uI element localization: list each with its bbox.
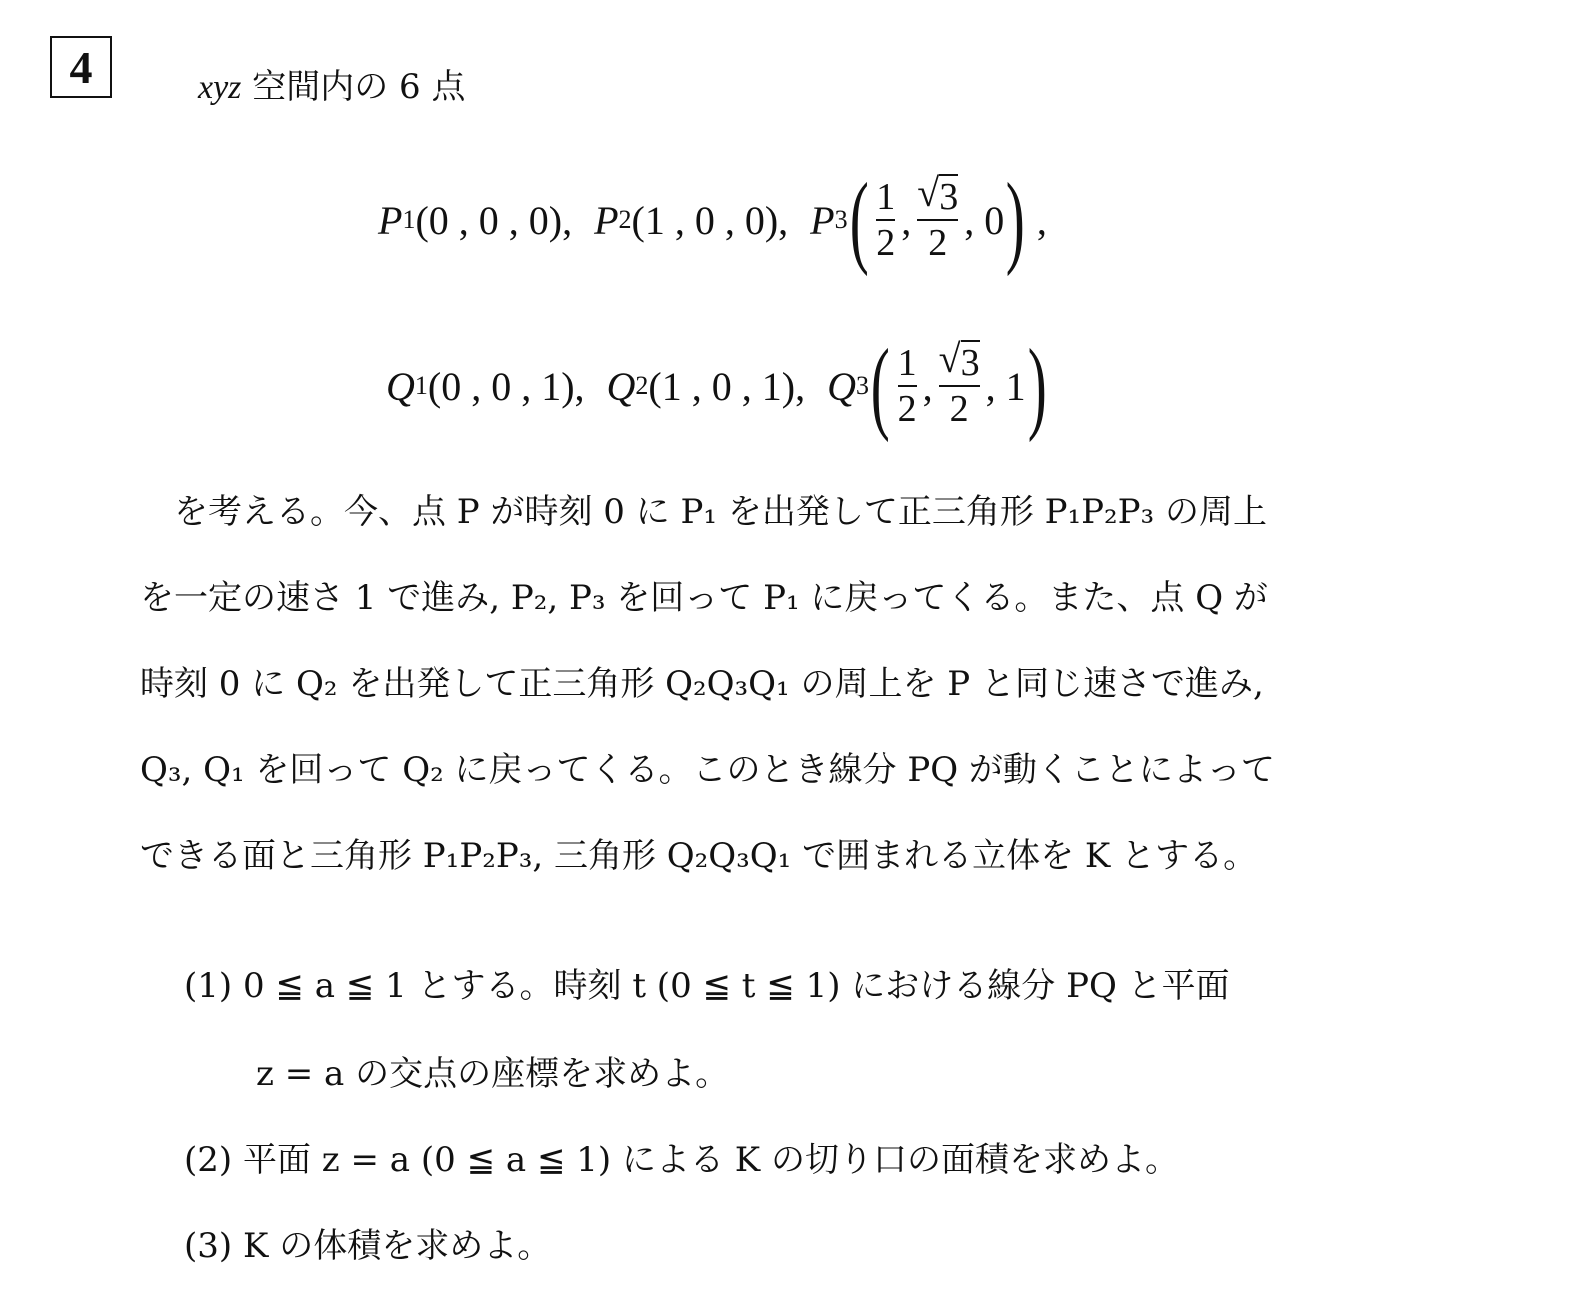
point-p2: P2(1 , 0 , 0),: [594, 197, 788, 244]
paragraph-line-3: 時刻 0 に Q₂ を出発して正三角形 Q₂Q₃Q₁ の周上を P と同じ速さで…: [140, 656, 1450, 705]
problem-number-box: 4: [50, 36, 112, 98]
question-2-label: (2): [184, 1140, 232, 1180]
paragraph-line-1: を考える。今、点 P が時刻 0 に P₁ を出発して正三角形 P₁P₂P₃ の…: [140, 484, 1450, 533]
question-2-text: 平面 z = a (0 ≦ a ≦ 1) による K の切り口の面積を求めよ。: [243, 1140, 1179, 1180]
point-q3: Q3 ( 12, 32, 1 ): [827, 334, 1048, 438]
intro-line: xyz 空間内の 6 点: [198, 62, 465, 113]
point-p1: P1(0 , 0 , 0),: [378, 197, 572, 244]
paragraph-line-5: できる面と三角形 P₁P₂P₃, 三角形 Q₂Q₃Q₁ で囲まれる立体を K と…: [140, 828, 1450, 877]
paragraph-line-4: Q₃, Q₁ を回って Q₂ に戻ってくる。このとき線分 PQ が動くことによっ…: [140, 742, 1450, 791]
fraction-root3-half: 32: [917, 175, 958, 265]
point-q1: Q1(0 , 0 , 1),: [386, 363, 585, 410]
point-p3: P3 ( 12, 32, 0 ) ,: [810, 168, 1047, 272]
question-1-line-2: z = a の交点の座標を求めよ。: [256, 1046, 729, 1095]
intro-text: 空間内の 6 点: [241, 67, 465, 107]
question-3: (3) K の体積を求めよ。: [184, 1218, 551, 1267]
question-1-line-1: 0 ≦ a ≦ 1 とする。時刻 t (0 ≦ t ≦ 1) における線分 PQ…: [243, 966, 1230, 1006]
question-1: (1) 0 ≦ a ≦ 1 とする。時刻 t (0 ≦ t ≦ 1) における線…: [184, 958, 1230, 1007]
question-3-label: (3): [184, 1226, 232, 1266]
points-row-p: P1(0 , 0 , 0), P2(1 , 0 , 0), P3 ( 12, 3…: [378, 150, 1069, 290]
intro-math: xyz: [198, 69, 241, 106]
points-row-q: Q1(0 , 0 , 1), Q2(1 , 0 , 1), Q3 ( 12, 3…: [386, 316, 1070, 456]
fraction-half: 12: [876, 175, 895, 265]
paragraph-line-2: を一定の速さ 1 で進み, P₂, P₃ を回って P₁ に戻ってくる。また、点…: [140, 570, 1450, 619]
question-1-label: (1): [184, 966, 232, 1006]
question-2: (2) 平面 z = a (0 ≦ a ≦ 1) による K の切り口の面積を求…: [184, 1132, 1179, 1181]
problem-number: 4: [70, 41, 93, 94]
point-q2: Q2(1 , 0 , 1),: [607, 363, 806, 410]
question-3-text: K の体積を求めよ。: [243, 1226, 551, 1266]
